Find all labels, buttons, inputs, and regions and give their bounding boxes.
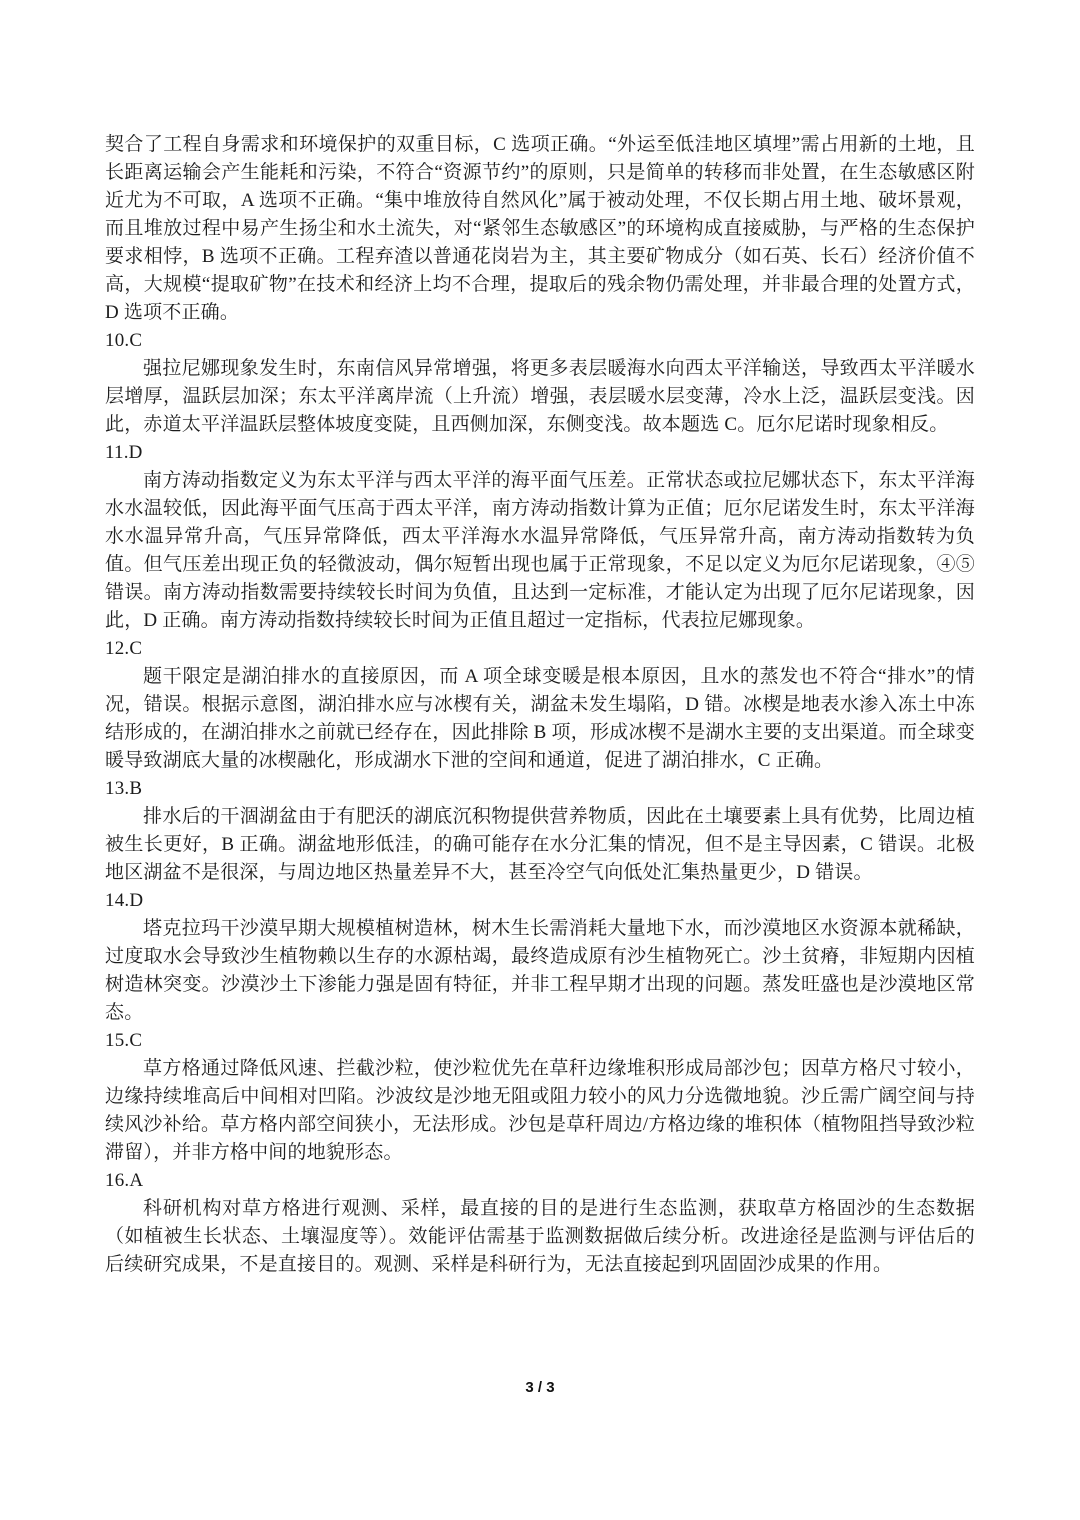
answer-block-12: 12.C 题干限定是湖泊排水的直接原因，而 A 项全球变暖是根本原因，且水的蒸发… <box>105 635 975 775</box>
answer-block-13: 13.B 排水后的干涸湖盆由于有肥沃的湖底沉积物提供营养物质，因此在土壤要素上具… <box>105 775 975 887</box>
answer-explanation: 草方格通过降低风速、拦截沙粒，使沙粒优先在草秆边缘堆积形成局部沙包；因草方格尺寸… <box>105 1055 975 1167</box>
answer-explanation: 题干限定是湖泊排水的直接原因，而 A 项全球变暖是根本原因，且水的蒸发也不符合“… <box>105 663 975 775</box>
answer-block-16: 16.A 科研机构对草方格进行观测、采样，最直接的目的是进行生态监测，获取草方格… <box>105 1167 975 1279</box>
answer-block-14: 14.D 塔克拉玛干沙漠早期大规模植树造林，树木生长需消耗大量地下水，而沙漠地区… <box>105 887 975 1027</box>
answer-explanation: 科研机构对草方格进行观测、采样，最直接的目的是进行生态监测，获取草方格固沙的生态… <box>105 1195 975 1279</box>
document-body: 契合了工程自身需求和环境保护的双重目标，C 选项正确。“外运至低洼地区填埋”需占… <box>105 131 975 1279</box>
answer-explanation: 南方涛动指数定义为东太平洋与西太平洋的海平面气压差。正常状态或拉尼娜状态下，东太… <box>105 467 975 635</box>
answer-block-11: 11.D 南方涛动指数定义为东太平洋与西太平洋的海平面气压差。正常状态或拉尼娜状… <box>105 439 975 635</box>
answer-label: 11.D <box>105 439 975 467</box>
answer-explanation: 强拉尼娜现象发生时，东南信风异常增强，将更多表层暖海水向西太平洋输送，导致西太平… <box>105 355 975 439</box>
answer-explanation: 排水后的干涸湖盆由于有肥沃的湖底沉积物提供营养物质，因此在土壤要素上具有优势，比… <box>105 803 975 887</box>
answer-label: 12.C <box>105 635 975 663</box>
answer-block-15: 15.C 草方格通过降低风速、拦截沙粒，使沙粒优先在草秆边缘堆积形成局部沙包；因… <box>105 1027 975 1167</box>
answer-label: 16.A <box>105 1167 975 1195</box>
answer-block-10: 10.C 强拉尼娜现象发生时，东南信风异常增强，将更多表层暖海水向西太平洋输送，… <box>105 327 975 439</box>
page-number: 3 / 3 <box>0 1379 1080 1396</box>
answer-label: 10.C <box>105 327 975 355</box>
answer-explanation: 塔克拉玛干沙漠早期大规模植树造林，树木生长需消耗大量地下水，而沙漠地区水资源本就… <box>105 915 975 1027</box>
answer-label: 13.B <box>105 775 975 803</box>
answer-key-page: 契合了工程自身需求和环境保护的双重目标，C 选项正确。“外运至低洼地区填埋”需占… <box>0 0 1080 1520</box>
answer-label: 14.D <box>105 887 975 915</box>
answer-label: 15.C <box>105 1027 975 1055</box>
intro-paragraph: 契合了工程自身需求和环境保护的双重目标，C 选项正确。“外运至低洼地区填埋”需占… <box>105 131 975 327</box>
